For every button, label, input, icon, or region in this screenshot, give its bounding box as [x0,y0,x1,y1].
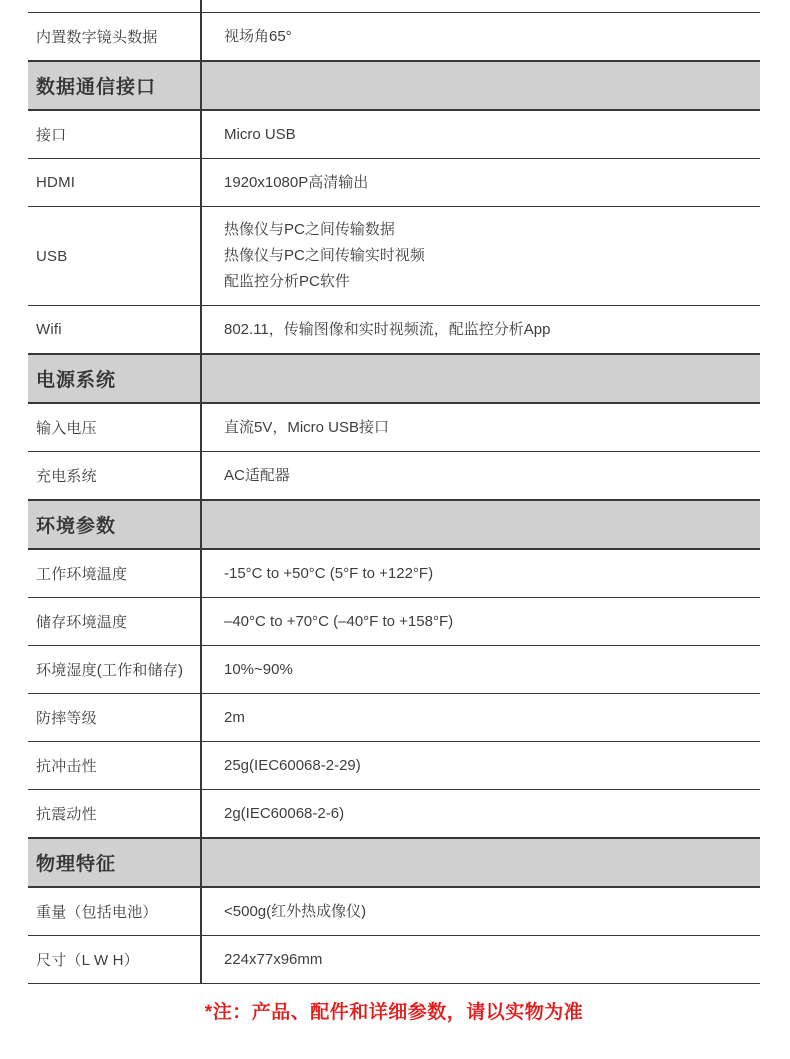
spec-value: 1920x1080P高清输出 [202,159,760,206]
spec-label: 防摔等级 [28,694,202,741]
spec-value: -15°C to +50°C (5°F to +122°F) [202,550,760,597]
section-title: 物理特征 [28,839,202,886]
spec-value-line: 2g(IEC60068-2-6) [224,801,750,827]
table-row: 防摔等级 2m [28,694,760,742]
table-row: 内置数字镜头数据 视场角65° [28,13,760,61]
section-empty-cell [202,355,760,402]
section-title: 数据通信接口 [28,62,202,109]
spec-value-line: 热像仪与PC之间传输实时视频 [224,243,750,269]
spec-value: 25g(IEC60068-2-29) [202,742,760,789]
spec-label: 抗冲击性 [28,742,202,789]
table-row: 环境湿度(工作和储存) 10%~90% [28,646,760,694]
table-row: 充电系统 AC适配器 [28,452,760,500]
spec-value-line: 10%~90% [224,657,750,683]
section-empty-cell [202,62,760,109]
spec-label-cell [28,0,202,12]
table-row: HDMI 1920x1080P高清输出 [28,159,760,207]
section-title: 电源系统 [28,355,202,402]
spec-label: 工作环境温度 [28,550,202,597]
spec-value-line: 224x77x96mm [224,947,750,973]
table-row-partial [28,0,760,13]
spec-label: 环境湿度(工作和储存) [28,646,202,693]
spec-label: 充电系统 [28,452,202,499]
spec-value: 2g(IEC60068-2-6) [202,790,760,837]
spec-value-cell [202,0,760,12]
table-row: 重量（包括电池） <500g(红外热成像仪) [28,888,760,936]
spec-value-line: AC适配器 [224,463,750,489]
spec-value-line: 视场角65° [224,24,750,50]
section-title: 环境参数 [28,501,202,548]
table-row: USB 热像仪与PC之间传输数据热像仪与PC之间传输实时视频配监控分析PC软件 [28,207,760,306]
spec-label: 重量（包括电池） [28,888,202,935]
section-header-row: 环境参数 [28,500,760,550]
spec-value-line: 直流5V，Micro USB接口 [224,415,750,441]
spec-value-line: 配监控分析PC软件 [224,269,750,295]
spec-label: 接口 [28,111,202,158]
spec-value-line: 802.11，传输图像和实时视频流，配监控分析App [224,317,750,343]
table-row: 尺寸（L W H） 224x77x96mm [28,936,760,984]
table-row: 储存环境温度 –40°C to +70°C (–40°F to +158°F) [28,598,760,646]
footnote-disclaimer: *注：产品、配件和详细参数，请以实物为准 [28,997,760,1024]
spec-table: 内置数字镜头数据 视场角65° 数据通信接口 接口 Micro USB HDMI… [28,0,760,984]
spec-label: USB [28,207,202,305]
spec-value-line: 热像仪与PC之间传输数据 [224,217,750,243]
spec-value: 802.11，传输图像和实时视频流，配监控分析App [202,306,760,353]
spec-value: AC适配器 [202,452,760,499]
spec-value: <500g(红外热成像仪) [202,888,760,935]
spec-value: 224x77x96mm [202,936,760,983]
spec-label: 内置数字镜头数据 [28,13,202,60]
spec-value: –40°C to +70°C (–40°F to +158°F) [202,598,760,645]
spec-value-line: 1920x1080P高清输出 [224,170,750,196]
table-row: 输入电压 直流5V，Micro USB接口 [28,404,760,452]
section-header-row: 电源系统 [28,354,760,404]
section-empty-cell [202,501,760,548]
spec-label: Wifi [28,306,202,353]
spec-value: 2m [202,694,760,741]
table-row: 工作环境温度 -15°C to +50°C (5°F to +122°F) [28,550,760,598]
table-row: Wifi 802.11，传输图像和实时视频流，配监控分析App [28,306,760,354]
section-header-row: 物理特征 [28,838,760,888]
spec-label: HDMI [28,159,202,206]
spec-value: 视场角65° [202,13,760,60]
spec-sheet-page: 内置数字镜头数据 视场角65° 数据通信接口 接口 Micro USB HDMI… [0,0,790,1059]
spec-value-line: –40°C to +70°C (–40°F to +158°F) [224,609,750,635]
table-row: 抗震动性 2g(IEC60068-2-6) [28,790,760,838]
table-row: 抗冲击性 25g(IEC60068-2-29) [28,742,760,790]
spec-value-line: 2m [224,705,750,731]
section-header-row: 数据通信接口 [28,61,760,111]
spec-value-line: <500g(红外热成像仪) [224,899,750,925]
spec-value-line: Micro USB [224,122,750,148]
spec-value: 10%~90% [202,646,760,693]
table-row: 接口 Micro USB [28,111,760,159]
spec-value-line: -15°C to +50°C (5°F to +122°F) [224,561,750,587]
spec-label: 储存环境温度 [28,598,202,645]
spec-value: Micro USB [202,111,760,158]
spec-value: 直流5V，Micro USB接口 [202,404,760,451]
spec-label: 输入电压 [28,404,202,451]
section-empty-cell [202,839,760,886]
spec-label: 抗震动性 [28,790,202,837]
spec-value-line: 25g(IEC60068-2-29) [224,753,750,779]
spec-label: 尺寸（L W H） [28,936,202,983]
spec-value: 热像仪与PC之间传输数据热像仪与PC之间传输实时视频配监控分析PC软件 [202,207,760,305]
